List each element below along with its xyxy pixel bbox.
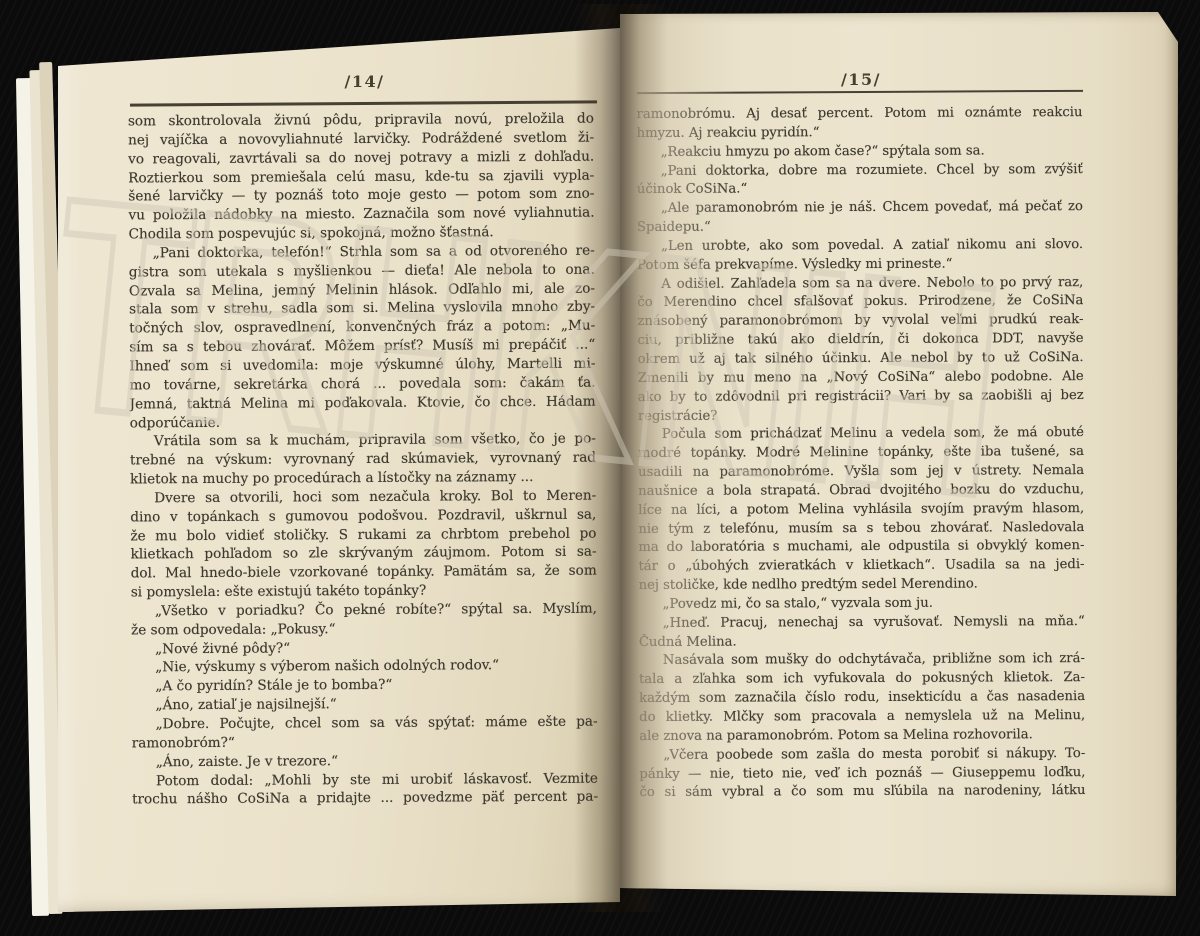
text-line: pánky — nie, tieto nie, veď ich poznáš —… [639,764,1085,785]
text-line: Ihneď som si uvedomila: moje výskumné úl… [129,355,595,377]
text-line: „Včera poobede som zašla do mesta porobi… [639,745,1085,766]
text-line: mo továrne, sekretárka chorá ... povedal… [129,373,595,395]
text-line: účinok CoSiNa.“ [637,179,1083,200]
text-line: každým som zaznačila číslo rodu, insekti… [639,688,1085,709]
text-line: registrácie? [638,406,1084,427]
book-scan-photo: /14/ som skontrolovala živnú pôdu, pripr… [0,0,1200,936]
text-line: Spaidepu.“ [637,217,1083,238]
text-line: ciu, približne takú ako dieldrín, či dok… [637,330,1083,351]
text-line: „Len urobte, ako som povedal. A zatiaľ n… [637,236,1083,257]
text-line: naušnice a bola strapatá. Obrad dvojitéh… [638,481,1084,502]
text-line: „Hneď. Pracuj, nenechaj sa vyrušovať. Ne… [639,613,1085,634]
right-header-rule [637,90,1083,94]
text-line: líce na líci, a potom Melina vyhlásila s… [638,500,1084,521]
text-line: „Dobre. Počujte, chcel som sa vás spýtať… [132,713,598,735]
text-line: nej stoličke, kde nedlho predtým sedel M… [639,575,1085,596]
text-line: ma do laboratória s muchami, ale odpusti… [638,537,1084,558]
text-line: okrem už aj tak silného účinku. Ale nebo… [638,349,1084,370]
text-line: Jemná, taktná Melina mi poďakovala. Ktov… [130,392,596,414]
text-line: gistra som utekala s myšlienkou — dieťa!… [129,260,595,282]
text-line: Počula som prichádzať Melinu a vedela so… [638,424,1084,445]
text-line: hmyzu. Aj reakciu pyridín.“ [637,123,1083,144]
text-line: ako by to zdôvodnil pri registrácii? Var… [638,387,1084,408]
right-page-number: /15/ [638,70,1084,89]
left-text-column: som skontrolovala živnú pôdu, pripravila… [128,110,598,810]
text-line: ramonobrómu. Aj desať percent. Potom mi … [636,104,1082,125]
text-line: čo Merendino chcel sfalšovať pokus. Prir… [637,292,1083,313]
text-line: „Reakciu hmyzu po akom čase?“ spýtala so… [637,142,1083,163]
left-page: /14/ som skontrolovala živnú pôdu, pripr… [58,28,620,912]
text-line: Dvere sa otvorili, hoci som nezačula kro… [130,486,596,508]
text-line: „Pani doktorka, telefón!“ Strhla som sa … [129,241,595,263]
text-line: Zmenili by mu meno na „Nový CoSiNa“ aleb… [638,368,1084,389]
right-page: /15/ ramonobrómu. Aj desať percent. Poto… [620,12,1178,896]
text-line: tár o „úbohých zvieratkách v klietkach“.… [638,556,1084,577]
text-line: nie tým z telefónu, musím sa s tebou zho… [638,519,1084,540]
left-page-number: /14/ [132,72,597,91]
text-line: tala a zľahka som ich vyfukovala do poku… [639,669,1085,690]
text-line: Nasávala som mušky do odchytávača, pribl… [639,650,1085,671]
text-line: znásobený paramonobrómom by vyvolal veľm… [637,311,1083,332]
text-line: vu položila nádobky na miesto. Zaznačila… [128,204,594,226]
text-line: do klietky. Mlčky som pracovala a nemysl… [639,707,1085,728]
text-line: modré topánky. Modré Melinine topánky, e… [638,443,1084,464]
text-line: dol. Mal hnedo-biele vzorkované topánky.… [131,562,597,584]
text-line: „Povedz mi, čo sa stalo,“ vyzvala som ju… [639,594,1085,615]
text-line: „Pani doktorka, dobre ma rozumiete. Chce… [637,161,1083,182]
text-line: ale znova na paramonobróm. Potom sa Meli… [639,726,1085,747]
text-line: Čudná Melina. [639,632,1085,653]
text-line: „Všetko v poriadku? Čo pekné robíte?“ sp… [131,600,597,622]
right-text-column: ramonobrómu. Aj desať percent. Potom mi … [636,104,1085,803]
text-line: čo si sám vybral a čo som mu sľúbila na … [639,782,1085,803]
text-line: „Ale paramonobróm nie je náš. Chcem pove… [637,198,1083,219]
text-line: dino v topánkach s gumovou podošvou. Poz… [130,505,596,527]
text-line: A odišiel. Zahľadela som sa na dvere. Ne… [637,274,1083,295]
text-line: vo reagovali, zavrtávali sa do novej pot… [128,147,594,169]
left-header-rule [130,100,597,106]
text-line: usadili na paramonobróme. Vyšla som jej … [638,462,1084,483]
text-line: nej vajíčka a novovyliahnuté larvičky. P… [128,128,594,150]
text-line: Potom šéfa prekvapíme. Výsledky mi prine… [637,255,1083,276]
text-line: trochu nášho CoSiNa a pridajte ... poved… [132,788,598,810]
